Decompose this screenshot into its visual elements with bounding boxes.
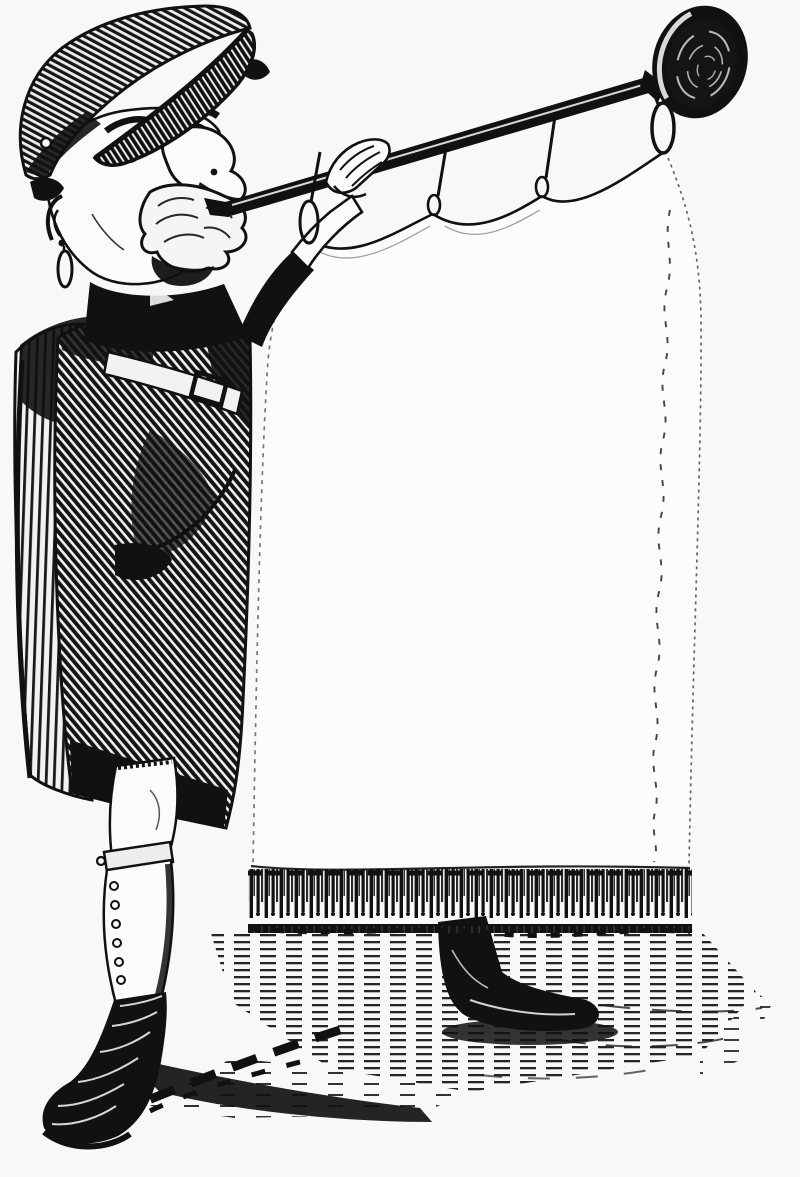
engraving-page: Herald with trumpet and blank banner xyxy=(0,0,800,1177)
banner-fringe xyxy=(248,869,692,936)
blank-banner xyxy=(248,152,702,936)
engraving-illustration: Herald with trumpet and blank banner xyxy=(0,0,800,1177)
cap-button xyxy=(41,138,51,148)
banner-cloth xyxy=(253,152,702,868)
